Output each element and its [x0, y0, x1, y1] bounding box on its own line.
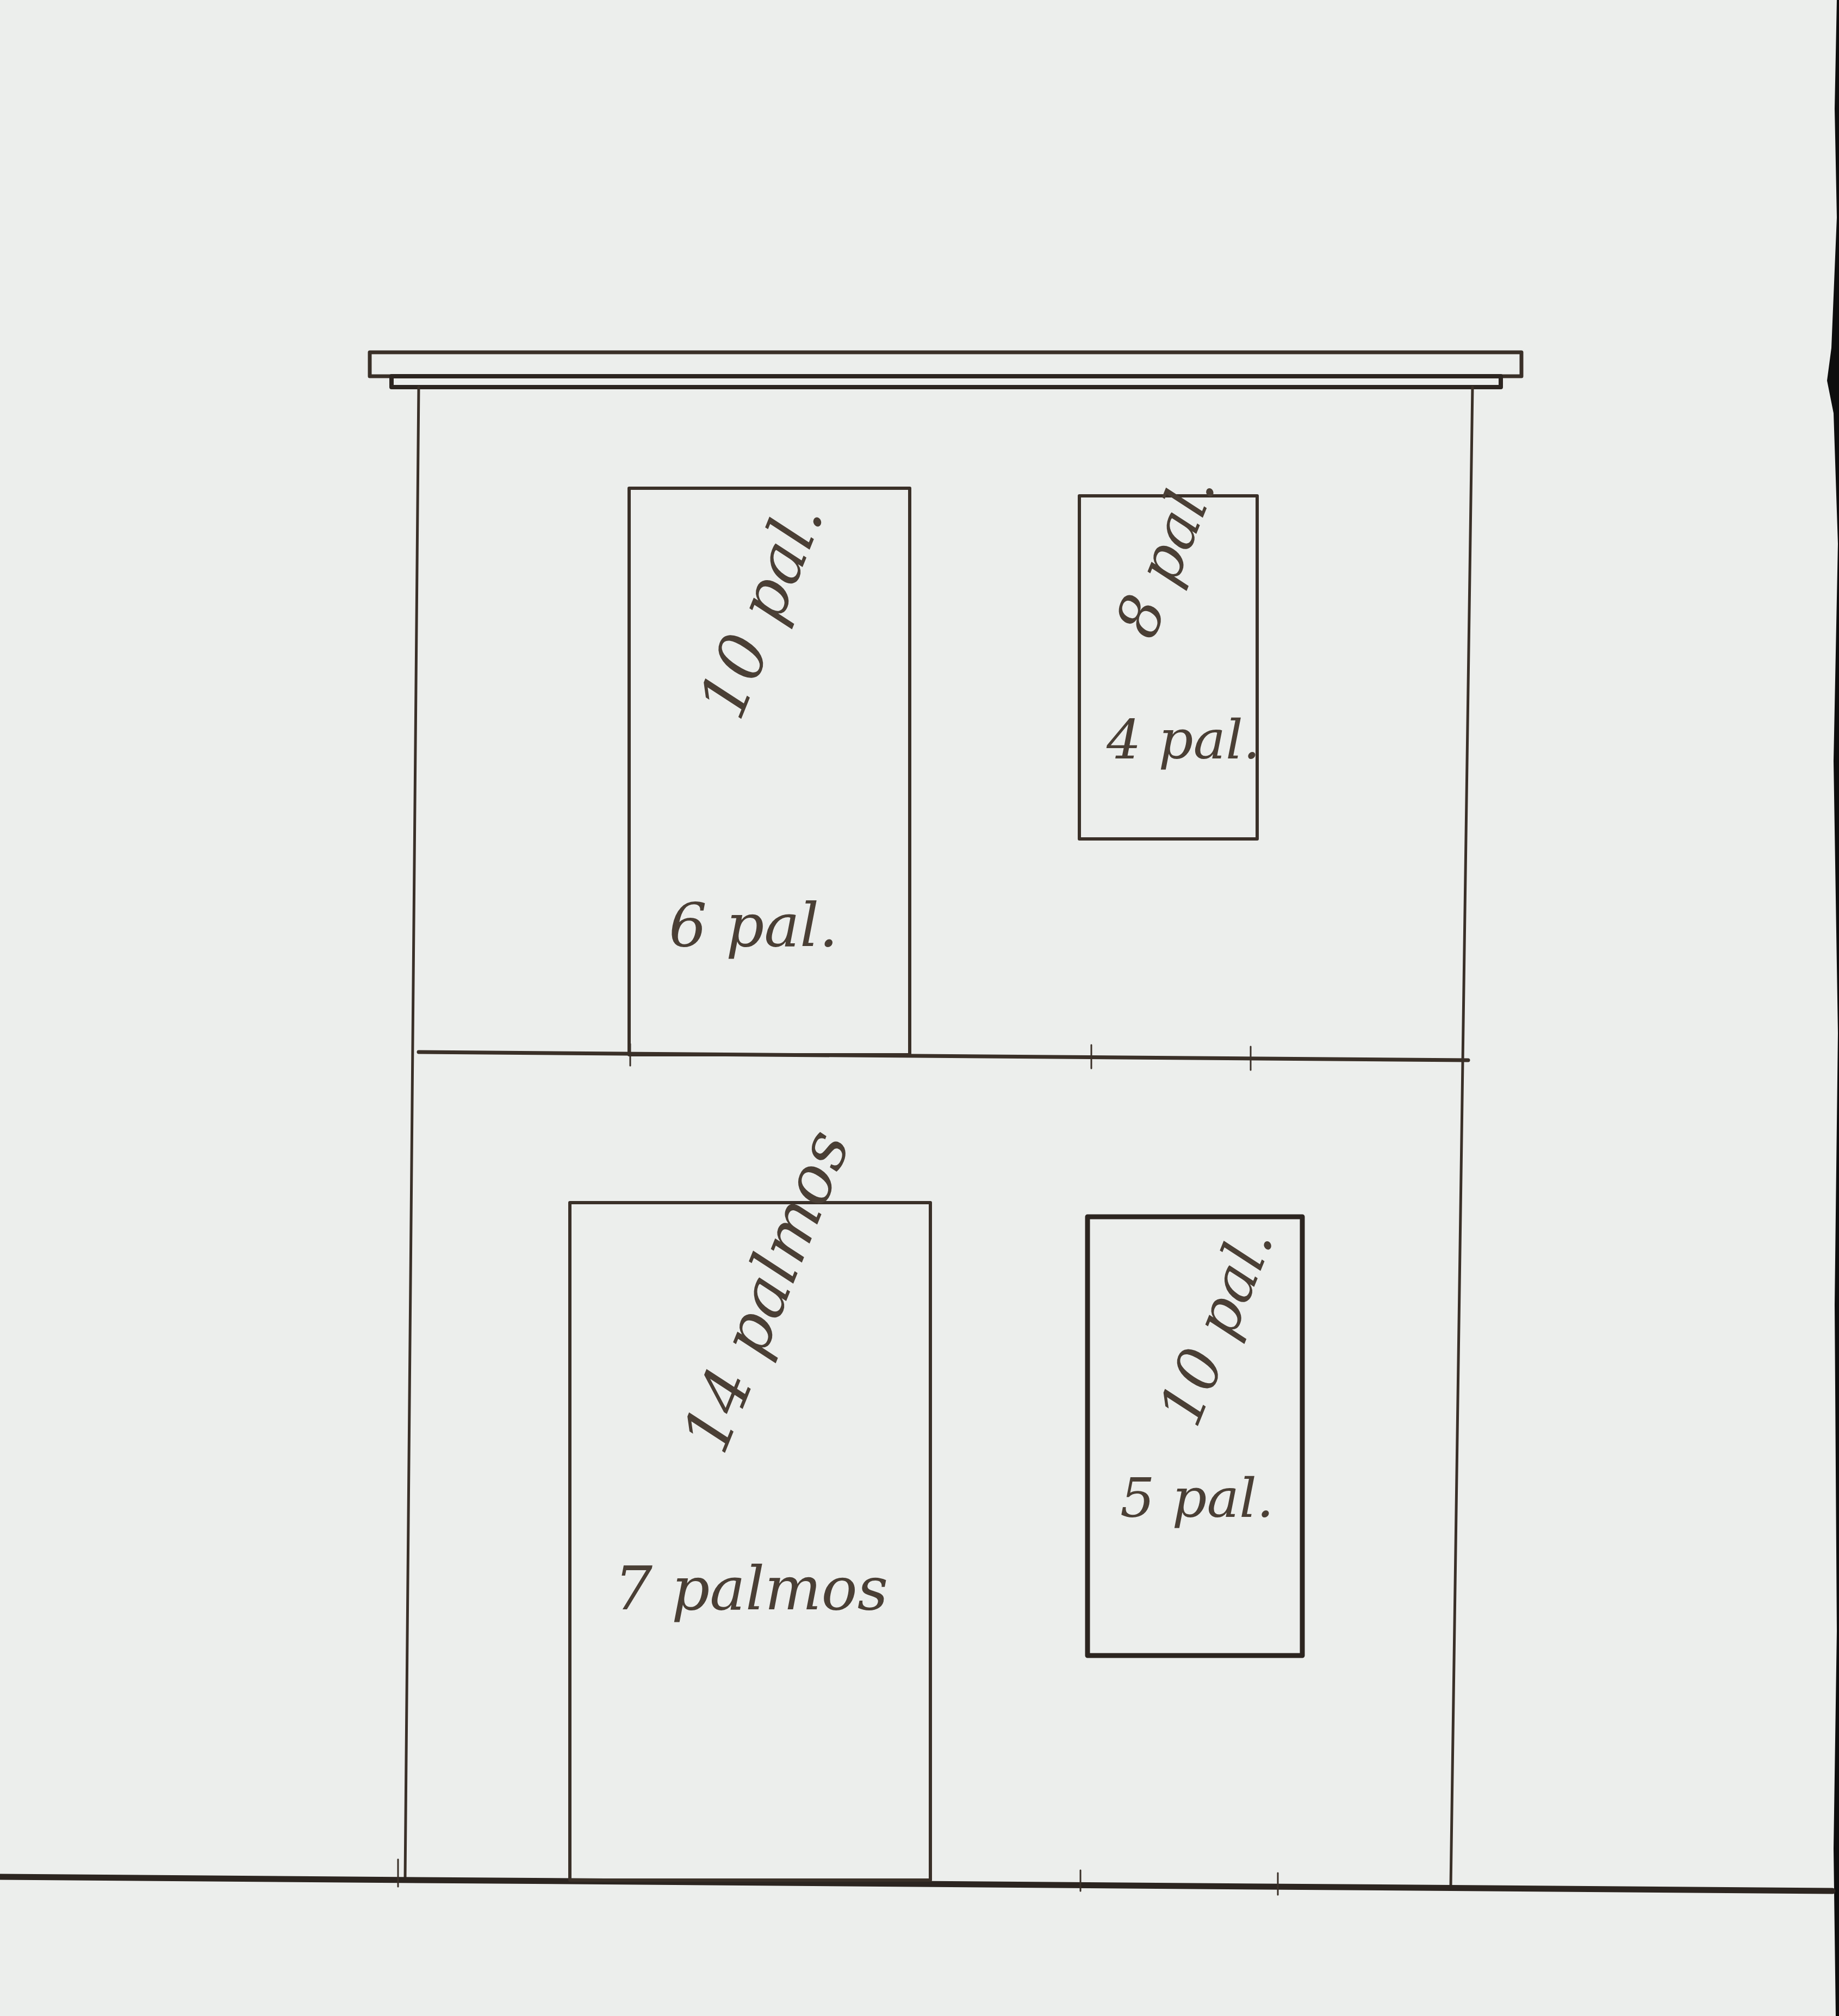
lower-door-width-label: 7 palmos: [614, 1554, 888, 1623]
upper-window-width-label: 4 pal.: [1106, 708, 1260, 771]
upper-door-width-label: 6 pal.: [669, 891, 838, 960]
paper-sheet: [0, 0, 1839, 2016]
lower-window-width-label: 5 pal.: [1120, 1466, 1274, 1530]
elevation-drawing: 10 pal. 6 pal. 8 pal. 4 pal. 14 palmos 7…: [0, 0, 1839, 2016]
